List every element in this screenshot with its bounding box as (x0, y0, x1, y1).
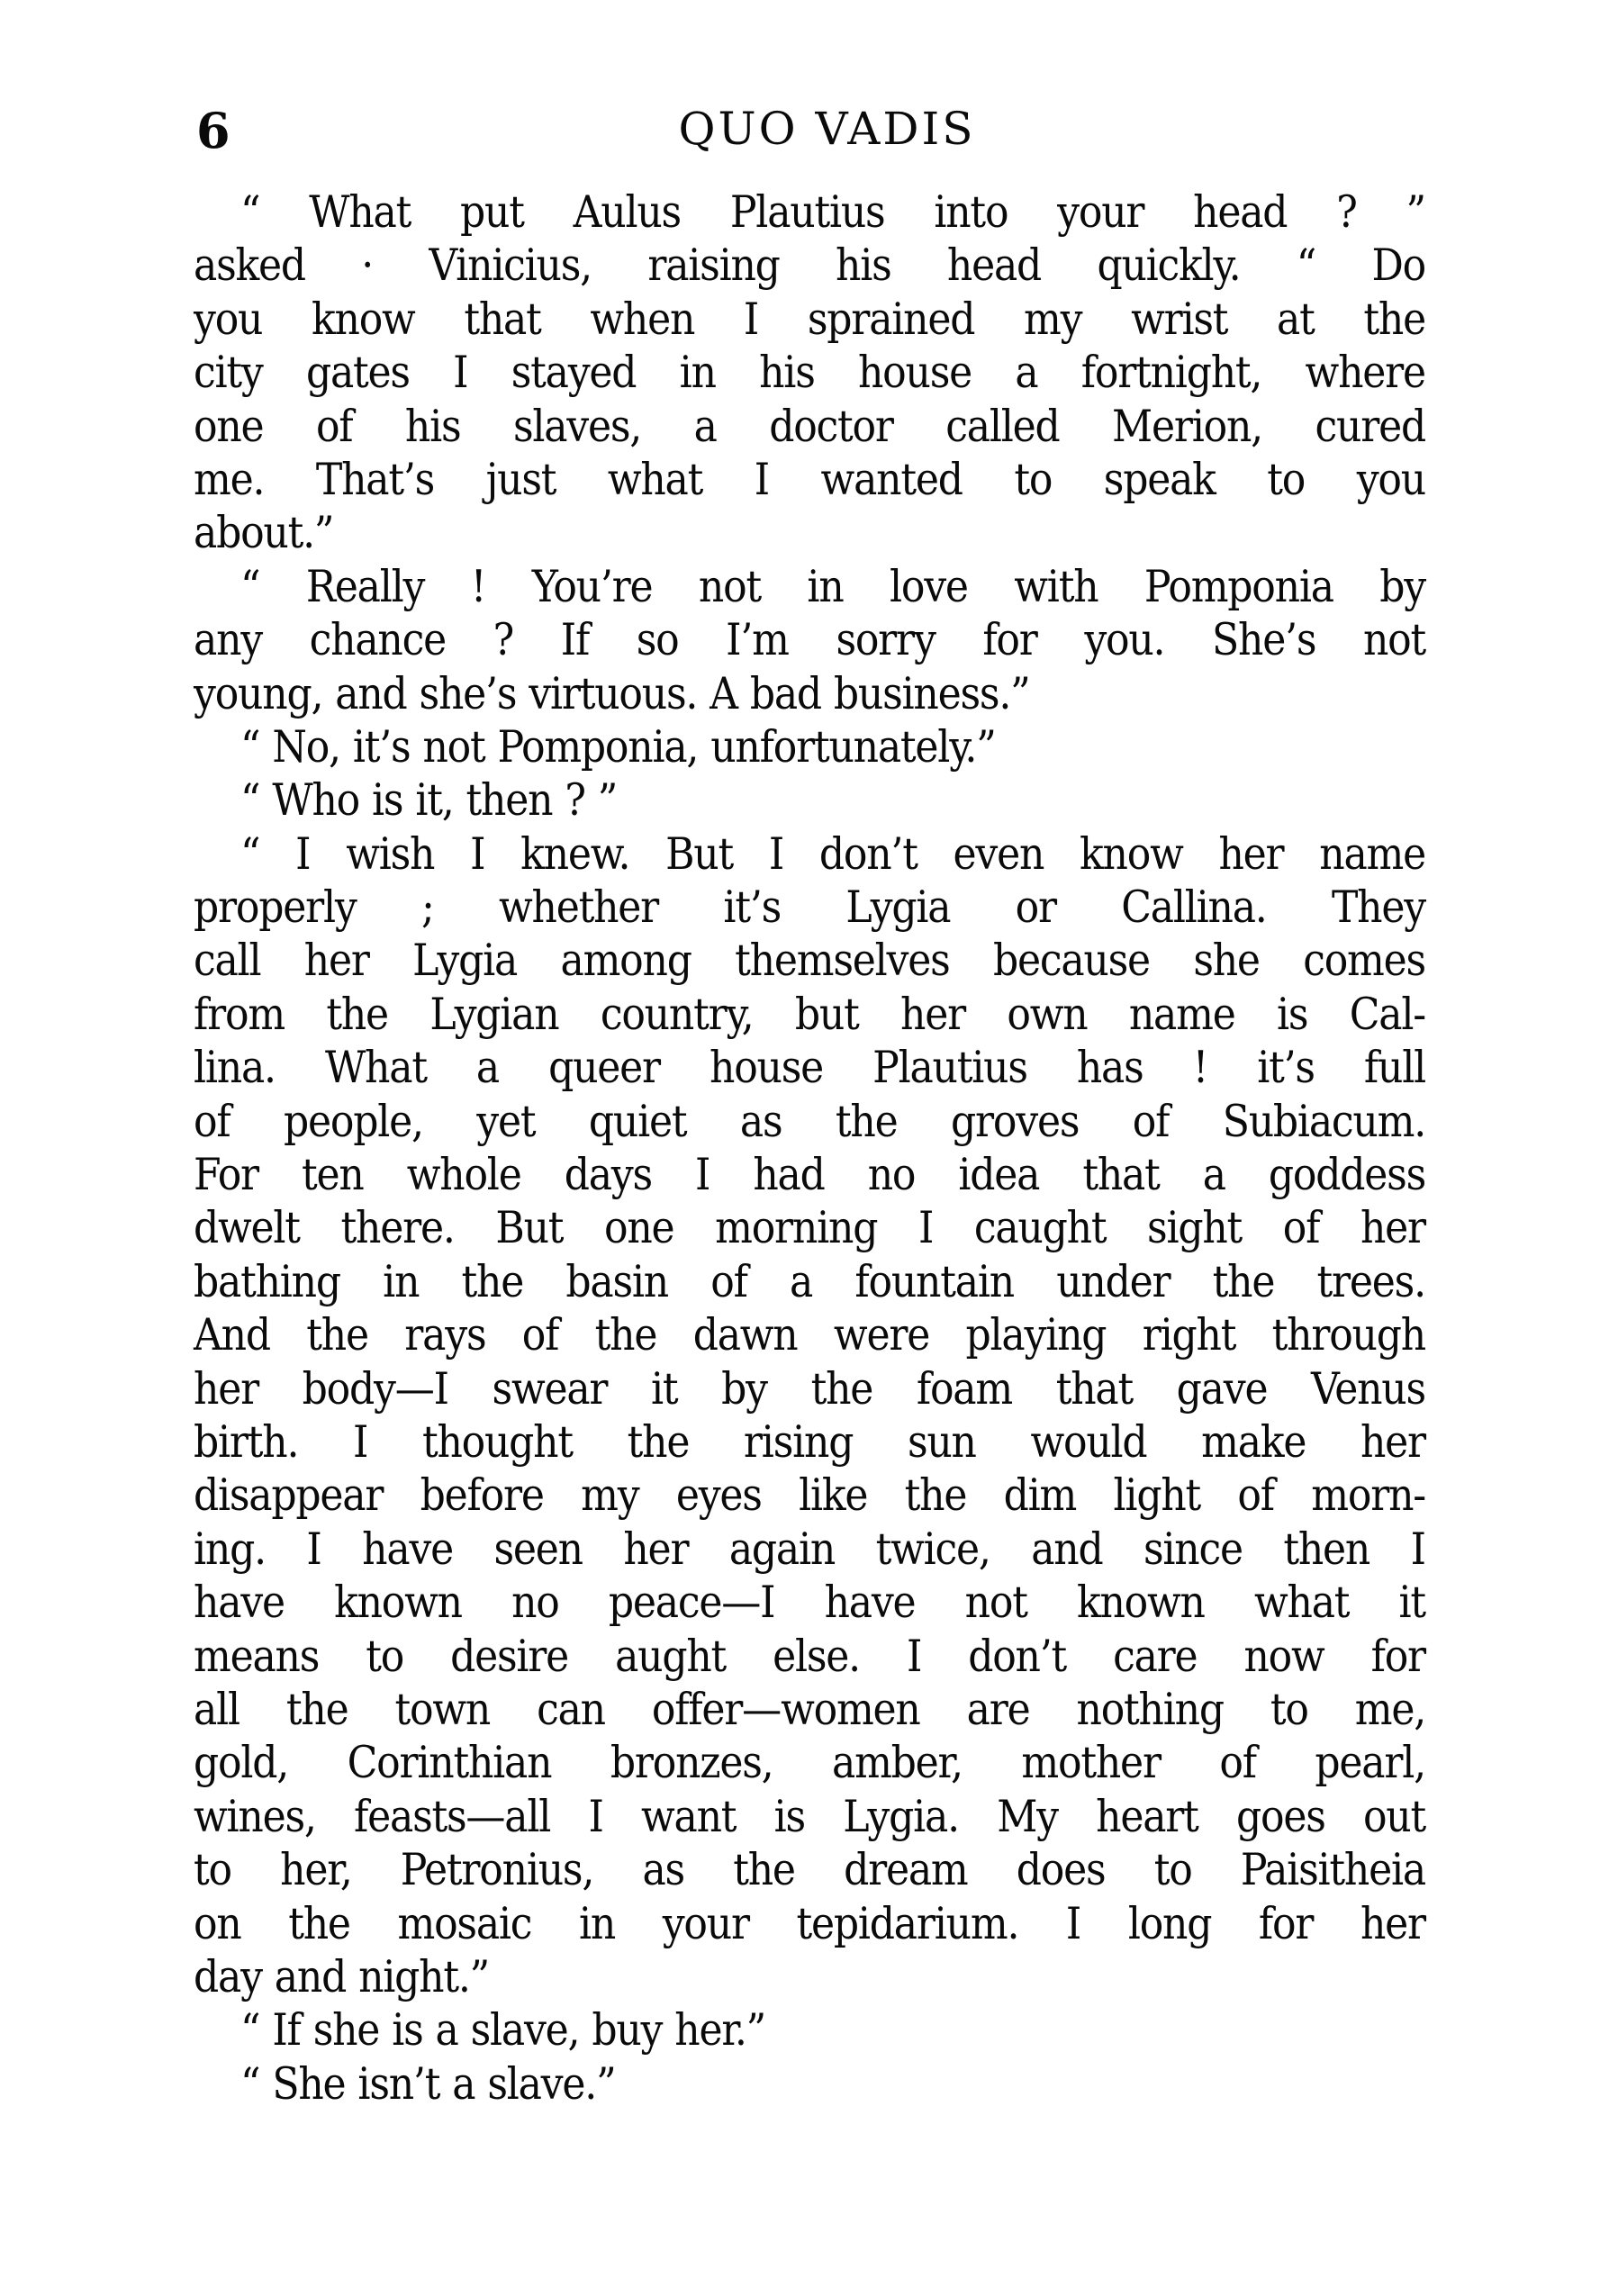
word: a (436, 2003, 458, 2056)
word: aught (615, 1630, 726, 1683)
word: Do (1371, 239, 1424, 292)
text-line: dweltthere.ButonemorningIcaughtsightofhe… (194, 1201, 1425, 1254)
word: you (194, 293, 262, 346)
word: for (982, 613, 1036, 666)
word: of (522, 1308, 558, 1361)
word: Lygia. (843, 1790, 959, 1843)
word: I (907, 1630, 921, 1683)
word: in (383, 1255, 419, 1308)
word: You’re (532, 560, 653, 613)
word: “ (240, 185, 259, 239)
word: ! (1193, 1041, 1208, 1094)
word: I (295, 827, 310, 881)
word: buy (592, 2003, 662, 2056)
word: of (710, 1255, 746, 1308)
word: own (1007, 988, 1087, 1041)
word: the (905, 1469, 967, 1522)
word: through (1272, 1308, 1425, 1361)
word: I (769, 827, 783, 881)
word: “ (240, 2003, 259, 2056)
word: I (918, 1201, 933, 1254)
word: dim (1004, 1469, 1077, 1522)
word: sprained (808, 293, 974, 346)
text-line: allthetowncanoffer—womenarenothingtome, (194, 1683, 1425, 1736)
word: I (1066, 1897, 1080, 1950)
word: that (464, 293, 540, 346)
word: morning (715, 1201, 877, 1254)
word: pearl, (1315, 1736, 1425, 1789)
word: body—I (303, 1362, 448, 1415)
word: my (1024, 293, 1081, 346)
word: dawn (693, 1308, 798, 1361)
word: fortnight, (1081, 346, 1261, 399)
word: Plautius (872, 1041, 1027, 1094)
word: groves (951, 1095, 1079, 1148)
word: twice, (876, 1523, 990, 1576)
word: but (795, 988, 859, 1041)
word: not (965, 1576, 1027, 1629)
word: She’s (1212, 613, 1315, 666)
word: her (900, 988, 965, 1041)
word: as (740, 1095, 782, 1148)
word: by (1379, 560, 1425, 613)
word: with (1014, 560, 1098, 613)
word: when (590, 293, 694, 346)
word: a (1015, 346, 1037, 399)
word: his (405, 400, 461, 453)
word: stayed (511, 346, 637, 399)
word: properly (194, 881, 357, 934)
word: me, (1355, 1683, 1425, 1736)
word: care (1113, 1630, 1197, 1683)
word: goddess (1269, 1148, 1425, 1201)
word: eyes (676, 1469, 762, 1522)
text-line: birth.Ithoughttherisingsunwouldmakeher (194, 1415, 1425, 1469)
word: her (1360, 1201, 1425, 1254)
word: bronzes, (610, 1736, 773, 1789)
word: Callina. (1121, 881, 1266, 934)
word: the (286, 1683, 348, 1736)
word: to (1154, 1843, 1192, 1896)
word: of (316, 400, 352, 453)
text-line: “Sheisn’taslave.” (194, 2057, 1425, 2111)
word: no (868, 1148, 916, 1201)
word: thought (422, 1415, 573, 1469)
word: Merion, (1112, 400, 1262, 453)
word: people, (284, 1095, 423, 1148)
word: What (325, 1041, 427, 1094)
text-line: “Ifsheisaslave,buyher.” (194, 2003, 1425, 2056)
word: at (1277, 293, 1315, 346)
word: quiet (589, 1095, 687, 1148)
word: slave, (471, 2003, 580, 2056)
word: a (790, 1255, 812, 1308)
word: else. (773, 1630, 860, 1683)
word: My (997, 1790, 1058, 1843)
word: because (993, 934, 1150, 987)
word: nothing (1077, 1683, 1224, 1736)
word: ? (565, 773, 584, 827)
word: don’t (968, 1630, 1066, 1683)
word: Aulus (574, 185, 681, 239)
word: raising (647, 239, 779, 292)
word: there. (341, 1201, 455, 1254)
word: Who (272, 773, 359, 827)
word: And (194, 1308, 270, 1361)
word: not (1363, 613, 1425, 666)
word: yet (476, 1095, 535, 1148)
word: isn’t (357, 2057, 439, 2111)
word: it (651, 1362, 677, 1415)
word: have (194, 1576, 285, 1629)
word: were (834, 1308, 929, 1361)
word: where (1306, 346, 1425, 399)
word: she (1193, 934, 1260, 987)
word: “ (1297, 239, 1315, 292)
word: house (710, 1041, 823, 1094)
word: her, (280, 1843, 351, 1896)
word: her (623, 1523, 688, 1576)
text-line: ing.Ihaveseenheragaintwice,andsincethenI (194, 1523, 1425, 1576)
word: Pomponia, (498, 720, 699, 773)
word: I (453, 346, 467, 399)
word: the (836, 1095, 898, 1148)
word: just (486, 453, 556, 506)
word: her (1360, 1415, 1425, 1469)
word: full (1364, 1041, 1425, 1094)
text-line: disappearbeforemyeyeslikethedimlightofmo… (194, 1469, 1425, 1522)
word: caught (974, 1201, 1106, 1254)
word: one (194, 400, 263, 453)
word: heart (1096, 1790, 1198, 1843)
text-line: “Whoisit,then?” (194, 773, 1425, 827)
word: ten (302, 1148, 364, 1201)
word: Petronius, (401, 1843, 593, 1896)
word: her (304, 934, 369, 987)
word: a (694, 400, 717, 453)
text-line: “Really!You’renotinlovewithPomponiaby (194, 560, 1425, 613)
word: Pomponia (1144, 560, 1333, 613)
word: a (1203, 1148, 1225, 1201)
word: birth. (194, 1415, 298, 1469)
text-line: toher,Petronius,asthedreamdoestoPaisithe… (194, 1843, 1425, 1896)
word: If (272, 2003, 300, 2056)
word: morn- (1311, 1469, 1425, 1522)
word: and (275, 1950, 346, 2003)
word: foam (917, 1362, 1012, 1415)
text-line: onthemosaicinyourtepidarium.Ilongforher (194, 1897, 1425, 1950)
word: wanted (821, 453, 963, 506)
word: know (1080, 827, 1183, 881)
word: of (1133, 1095, 1169, 1148)
word: put (460, 185, 524, 239)
word: love (890, 560, 968, 613)
word: amber, (832, 1736, 963, 1789)
word: the (1213, 1255, 1275, 1308)
word: “ (240, 560, 259, 613)
word: · (361, 239, 373, 292)
word: I’m (726, 613, 789, 666)
word: light (1114, 1469, 1201, 1522)
text-line: asked·Vinicius,raisinghisheadquickly.“Do (194, 239, 1425, 292)
word: the (288, 1897, 350, 1950)
word: her.” (674, 2003, 765, 2056)
word: rays (404, 1308, 485, 1361)
word: then (466, 773, 553, 827)
text-line: properly;whetherit’sLygiaorCallina.They (194, 881, 1425, 934)
word: playing (966, 1308, 1107, 1361)
text-line: youknowthatwhenIsprainedmywristatthe (194, 293, 1425, 346)
word: trees. (1317, 1255, 1425, 1308)
text-line: gold,Corinthianbronzes,amber,motherofpea… (194, 1736, 1425, 1789)
running-title: QUO VADIS (0, 106, 1618, 151)
word: A (710, 667, 737, 720)
word: since (1143, 1523, 1243, 1576)
word: in (807, 560, 843, 613)
word: it’s (353, 720, 411, 773)
word: bathing (194, 1255, 340, 1308)
word: head (1193, 185, 1287, 239)
body-text: “WhatputAulusPlautiusintoyourhead?”asked… (194, 185, 1425, 2111)
word: right (1143, 1308, 1236, 1361)
word: one (604, 1201, 673, 1254)
word: whole (407, 1148, 521, 1201)
text-line: anychance?IfsoI’msorryforyou.She’snot (194, 613, 1425, 666)
word: my (581, 1469, 638, 1522)
word: knew. (520, 827, 629, 881)
word: from (194, 988, 285, 1041)
word: you. (1084, 613, 1164, 666)
text-line: oneofhisslaves,adoctorcalledMerion,cured (194, 400, 1425, 453)
word: rising (744, 1415, 853, 1469)
word: make (1201, 1415, 1306, 1469)
word: comes (1303, 934, 1425, 987)
word: she (313, 2003, 380, 2056)
word: I (470, 827, 484, 881)
word: the (811, 1362, 873, 1415)
word: young, (194, 667, 322, 720)
word: of (194, 1095, 230, 1148)
word: had (753, 1148, 824, 1201)
word: his (836, 239, 891, 292)
word: house (858, 346, 972, 399)
word: Venus (1311, 1362, 1425, 1415)
text-line: fromtheLygiancountry,butherownnameisCal- (194, 988, 1425, 1041)
word: and (1031, 1523, 1102, 1576)
word: slaves, (513, 400, 641, 453)
word: the (462, 1255, 524, 1308)
word: the (1363, 293, 1425, 346)
word: long (1128, 1897, 1211, 1950)
word: is (774, 1790, 805, 1843)
word: her (1360, 1897, 1425, 1950)
word: What (309, 185, 411, 239)
word: I (1411, 1523, 1425, 1576)
word: tepidarium. (797, 1897, 1019, 1950)
word: me. (194, 453, 264, 506)
word: is (372, 773, 402, 827)
word: and (335, 667, 406, 720)
word: sun (908, 1415, 976, 1469)
word: queer (548, 1041, 660, 1094)
word: is (392, 2003, 422, 2056)
word: offer—women (652, 1683, 920, 1736)
word: whether (499, 881, 658, 934)
word: so (637, 613, 679, 666)
word: the (595, 1308, 657, 1361)
word: city (194, 346, 263, 399)
word: is (1277, 988, 1307, 1041)
word: it (1399, 1576, 1425, 1629)
word: to (1014, 453, 1052, 506)
word: his (759, 346, 815, 399)
word: would (1030, 1415, 1146, 1469)
word: out (1363, 1790, 1425, 1843)
word: Subiacum. (1223, 1095, 1425, 1148)
word: mother (1021, 1736, 1160, 1789)
word: basin (565, 1255, 668, 1308)
text-line: “No,it’snotPomponia,unfortunately.” (194, 720, 1425, 773)
word: Paisitheia (1241, 1843, 1425, 1896)
text-line: about.” (194, 506, 1425, 559)
word: her (194, 1362, 258, 1415)
word: that (1082, 1148, 1159, 1201)
text-line: “IwishIknew.ButIdon’tevenknowhername (194, 827, 1425, 881)
text-line: FortenwholedaysIhadnoideathatagoddess (194, 1148, 1425, 1201)
word: she’s (420, 667, 517, 720)
word: mosaic (397, 1897, 531, 1950)
word: a (452, 2057, 475, 2111)
word: has (1077, 1041, 1143, 1094)
word: gave (1177, 1362, 1268, 1415)
word: not (422, 720, 484, 773)
text-line: bathinginthebasinofafountainunderthetree… (194, 1255, 1425, 1308)
word: “ (240, 773, 259, 827)
word: sorry (836, 613, 935, 666)
word: business.” (834, 667, 1030, 720)
word: town (394, 1683, 490, 1736)
word: chance (310, 613, 446, 666)
word: idea (958, 1148, 1039, 1201)
word: known (1077, 1576, 1205, 1629)
word: That’s (316, 453, 434, 506)
word: what (608, 453, 702, 506)
word: seen (493, 1523, 582, 1576)
word: goes (1236, 1790, 1325, 1843)
word: no (511, 1576, 559, 1629)
text-line: young,andshe’svirtuous.Abadbusiness.” (194, 667, 1425, 720)
word: want (641, 1790, 736, 1843)
word: Really (306, 560, 424, 613)
word: bad (750, 667, 821, 720)
word: doctor (769, 400, 893, 453)
word: Cal- (1350, 988, 1425, 1041)
word: the (733, 1843, 795, 1896)
word: of (1237, 1469, 1273, 1522)
word: themselves (735, 934, 949, 987)
word: under (1056, 1255, 1170, 1308)
word: fountain (854, 1255, 1014, 1308)
word: But (665, 827, 733, 881)
text-line: haveknownnopeace—Ihavenotknownwhatit (194, 1576, 1425, 1629)
word: day (194, 1950, 262, 2003)
word: I (306, 1523, 321, 1576)
word: wish (346, 827, 434, 881)
word: of (1219, 1736, 1255, 1789)
word: to (1267, 453, 1305, 506)
word: called (945, 400, 1059, 453)
text-line: meanstodesireaughtelse.Idon’tcarenowfor (194, 1630, 1425, 1683)
word: ? (493, 613, 513, 666)
word: about.” (194, 506, 333, 559)
word: asked (194, 239, 305, 292)
word: then (1283, 1523, 1369, 1576)
word: No, (272, 720, 340, 773)
text-line: dayandnight.” (194, 1950, 1425, 2003)
word: night.” (358, 1950, 489, 2003)
word: means (194, 1630, 319, 1683)
word: don’t (819, 827, 917, 881)
word: I (588, 1790, 602, 1843)
word: ” (598, 773, 617, 827)
word: to (366, 1630, 403, 1683)
word: like (799, 1469, 867, 1522)
word: disappear (194, 1469, 383, 1522)
word: They (1332, 881, 1425, 934)
word: the (326, 988, 388, 1041)
word: Lygia (412, 934, 517, 987)
word: “ (240, 827, 259, 881)
word: or (1016, 881, 1056, 934)
word: speak (1104, 453, 1216, 506)
word: what (1254, 1576, 1349, 1629)
word: ! (471, 560, 486, 613)
word: are (967, 1683, 1030, 1736)
word: any (194, 613, 262, 666)
word: desire (450, 1630, 568, 1683)
word: Lygia (845, 881, 950, 934)
word: I (695, 1148, 710, 1201)
text-line: Andtheraysofthedawnwereplayingrightthrou… (194, 1308, 1425, 1361)
word: Vinicius, (429, 239, 592, 292)
word: among (561, 934, 691, 987)
word: swear (493, 1362, 608, 1415)
word: that (1056, 1362, 1133, 1415)
word: into (934, 185, 1008, 239)
text-line: “WhatputAulusPlautiusintoyourhead?” (194, 185, 1425, 239)
word: your (663, 1897, 749, 1950)
word: again (729, 1523, 835, 1576)
word: She (272, 2057, 345, 2111)
word: sight (1147, 1201, 1242, 1254)
word: in (579, 1897, 615, 1950)
text-line: citygatesIstayedinhishouseafortnight,whe… (194, 346, 1425, 399)
word: does (1017, 1843, 1106, 1896)
word: dwelt (194, 1201, 300, 1254)
word: I (755, 453, 769, 506)
word: the (306, 1308, 368, 1361)
word: all (194, 1683, 240, 1736)
word: known (334, 1576, 462, 1629)
word: lina. (194, 1041, 276, 1094)
word: ; (421, 881, 434, 934)
word: ing. (194, 1523, 266, 1576)
word: call (194, 934, 260, 987)
word: the (628, 1415, 690, 1469)
word: peace—I (609, 1576, 774, 1629)
word: unfortunately.” (710, 720, 995, 773)
word: ” (1406, 185, 1425, 239)
